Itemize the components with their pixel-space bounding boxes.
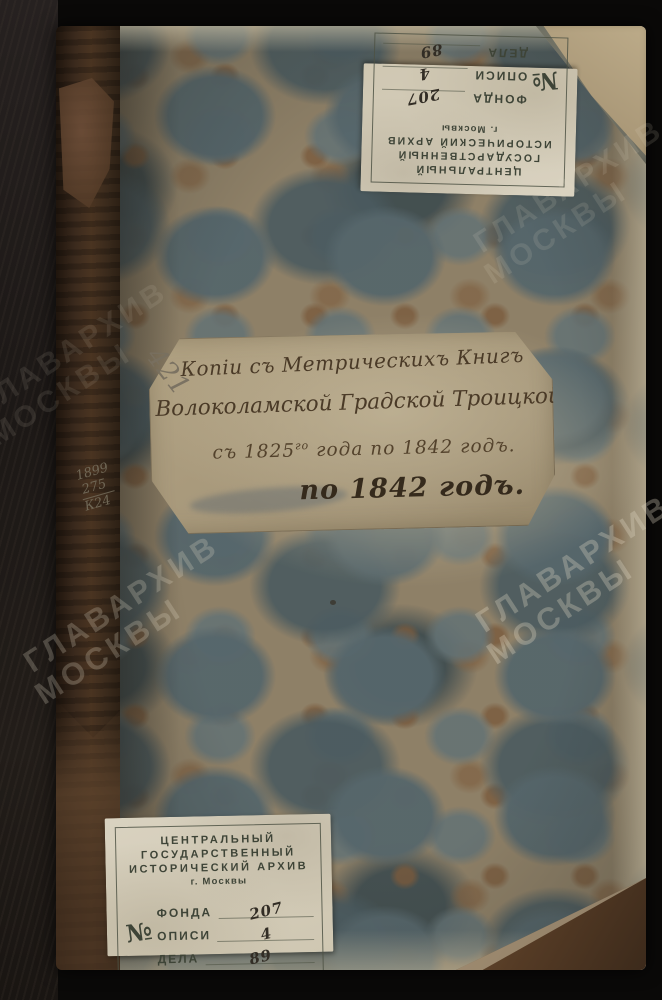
stamp-fields: № ФОНДА 207 ОПИСИ 4 ДЕЛА 89: [381, 43, 559, 117]
stamp-org-name: ЦЕНТРАЛЬНЫЙ ГОСУДАРСТВЕННЫЙ ИСТОРИЧЕСКИЙ…: [380, 120, 557, 180]
stamp-row: ФОНДА 207: [156, 894, 313, 920]
backdrop-left-strip: [0, 0, 58, 1000]
stamp-row: ДЕЛА 89: [157, 940, 314, 966]
stamp-row-label: ДЕЛА: [157, 951, 199, 966]
archive-stamp-bottom: ЦЕНТРАЛЬНЫЙ ГОСУДАРСТВЕННЫЙ ИСТОРИЧЕСКИЙ…: [105, 814, 334, 957]
stamp-row-label: ДЕЛА: [486, 45, 528, 60]
stamp-row-value: 4: [259, 924, 274, 944]
number-sign: №: [531, 66, 560, 97]
title-line-4: по 1842 годъ.: [299, 470, 525, 507]
leather-corner-bottom-right: [456, 878, 646, 970]
stamp-fields: № ФОНДА 207 ОПИСИ 4 ДЕЛА 89: [125, 894, 314, 967]
stamp-row: ОПИСИ 4: [157, 917, 314, 943]
photo-backdrop: ЦЕНТРАЛЬНЫЙ ГОСУДАРСТВЕННЫЙ ИСТОРИЧЕСКИЙ…: [0, 0, 662, 1000]
stamp-row-value: 89: [247, 946, 273, 969]
stamp-row-value: 4: [417, 64, 432, 84]
stamp-row-value: 207: [404, 85, 441, 109]
stamp-row-value: 89: [418, 40, 444, 62]
title-line-1: Копіи съ Метрическихъ Книгъ: [180, 343, 524, 381]
stamp-border-box: ЦЕНТРАЛЬНЫЙ ГОСУДАРСТВЕННЫЙ ИСТОРИЧЕСКИЙ…: [371, 32, 569, 187]
superscript-go: го: [295, 439, 310, 452]
stamp-row-label: ОПИСИ: [157, 928, 211, 943]
stamp-row-label: ОПИСИ: [473, 68, 527, 83]
archive-stamp-top: ЦЕНТРАЛЬНЫЙ ГОСУДАРСТВЕННЫЙ ИСТОРИЧЕСКИЙ…: [360, 63, 577, 197]
stamp-border-box: ЦЕНТРАЛЬНЫЙ ГОСУДАРСТВЕННЫЙ ИСТОРИЧЕСКИЙ…: [115, 823, 324, 970]
stamp-row-label: ФОНДА: [157, 905, 213, 920]
ink-dot: [330, 600, 336, 605]
title-label: Копіи съ Метрическихъ Книгъ Волоколамско…: [148, 329, 557, 535]
stamp-row-label: ФОНДА: [471, 91, 527, 106]
book-cover: ЦЕНТРАЛЬНЫЙ ГОСУДАРСТВЕННЫЙ ИСТОРИЧЕСКИЙ…: [56, 26, 646, 970]
title-line-3: съ 1825го года по 1842 годъ.: [212, 434, 516, 464]
stamp-row: ФОНДА 207: [381, 89, 526, 116]
stamp-org-name: ЦЕНТРАЛЬНЫЙ ГОСУДАРСТВЕННЫЙ ИСТОРИЧЕСКИЙ…: [124, 831, 313, 890]
number-sign: №: [124, 916, 154, 948]
